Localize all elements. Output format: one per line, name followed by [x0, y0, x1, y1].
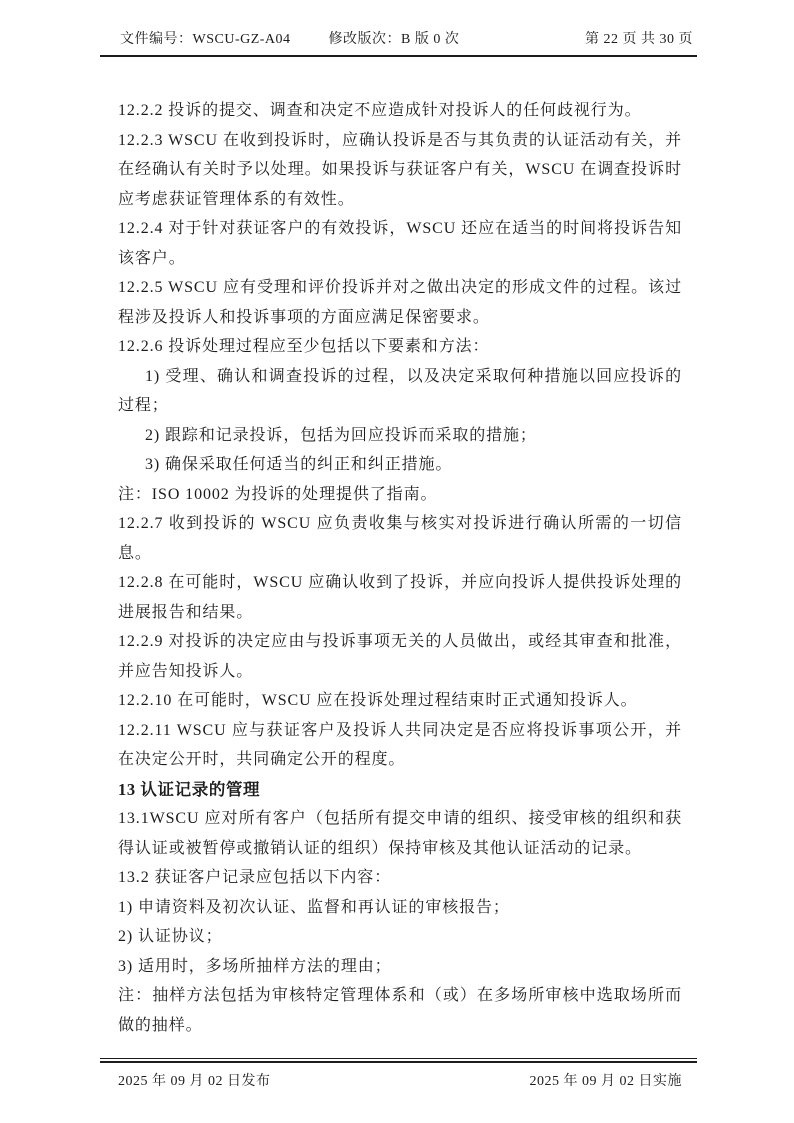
paragraph: 12.2.3 WSCU 在收到投诉时，应确认投诉是否与其负责的认证活动有关，并在… [118, 126, 682, 215]
section-heading: 13 认证记录的管理 [118, 775, 682, 805]
release-date: 2025 年 09 月 02 日发布 [118, 1070, 271, 1090]
paragraph: 12.2.8 在可能时，WSCU 应确认收到了投诉，并应向投诉人提供投诉处理的进… [118, 568, 682, 627]
implement-date: 2025 年 09 月 02 日实施 [530, 1070, 683, 1090]
list-item: 1) 申请资料及初次认证、监督和再认证的审核报告； [118, 893, 682, 923]
page-header: 文件编号：WSCU-GZ-A04 修改版次：B 版 0 次 第 22 页 共 3… [100, 28, 697, 57]
document-page: 文件编号：WSCU-GZ-A04 修改版次：B 版 0 次 第 22 页 共 3… [0, 0, 794, 1123]
paragraph: 12.2.9 对投诉的决定应由与投诉事项无关的人员做出，或经其审查和批准，并应告… [118, 627, 682, 686]
revision-label: 修改版次：B 版 0 次 [329, 28, 460, 48]
page-footer: 2025 年 09 月 02 日发布 2025 年 09 月 02 日实施 [100, 1058, 697, 1090]
list-item: 3) 确保采取任何适当的纠正和纠正措施。 [118, 450, 682, 480]
note-paragraph: 注：抽样方法包括为审核特定管理体系和（或）在多场所审核中选取场所而做的抽样。 [118, 981, 682, 1040]
paragraph: 12.2.11 WSCU 应与获证客户及投诉人共同决定是否应将投诉事项公开，并在… [118, 716, 682, 775]
page-number: 第 22 页 共 30 页 [585, 28, 693, 48]
list-item: 1) 受理、确认和调查投诉的过程，以及决定采取何种措施以回应投诉的过程； [118, 362, 682, 421]
paragraph: 12.2.10 在可能时，WSCU 应在投诉处理过程结束时正式通知投诉人。 [118, 686, 682, 716]
paragraph: 13.2 获证客户记录应包括以下内容： [118, 863, 682, 893]
note-paragraph: 注：ISO 10002 为投诉的处理提供了指南。 [118, 480, 682, 510]
paragraph: 12.2.7 收到投诉的 WSCU 应负责收集与核实对投诉进行确认所需的一切信息… [118, 509, 682, 568]
list-item: 3) 适用时，多场所抽样方法的理由； [118, 952, 682, 982]
list-item: 2) 认证协议； [118, 922, 682, 952]
list-item: 2) 跟踪和记录投诉，包括为回应投诉而采取的措施； [118, 421, 682, 451]
paragraph: 12.2.5 WSCU 应有受理和评价投诉并对之做出决定的形成文件的过程。该过程… [118, 273, 682, 332]
paragraph: 12.2.2 投诉的提交、调查和决定不应造成针对投诉人的任何歧视行为。 [118, 96, 682, 126]
paragraph: 12.2.6 投诉处理过程应至少包括以下要素和方法： [118, 332, 682, 362]
paragraph: 12.2.4 对于针对获证客户的有效投诉，WSCU 还应在适当的时间将投诉告知该… [118, 214, 682, 273]
paragraph: 13.1WSCU 应对所有客户（包括所有提交申请的组织、接受审核的组织和获得认证… [118, 804, 682, 863]
document-body: 12.2.2 投诉的提交、调查和决定不应造成针对投诉人的任何歧视行为。 12.2… [118, 96, 682, 1040]
doc-number: 文件编号：WSCU-GZ-A04 [120, 28, 291, 48]
